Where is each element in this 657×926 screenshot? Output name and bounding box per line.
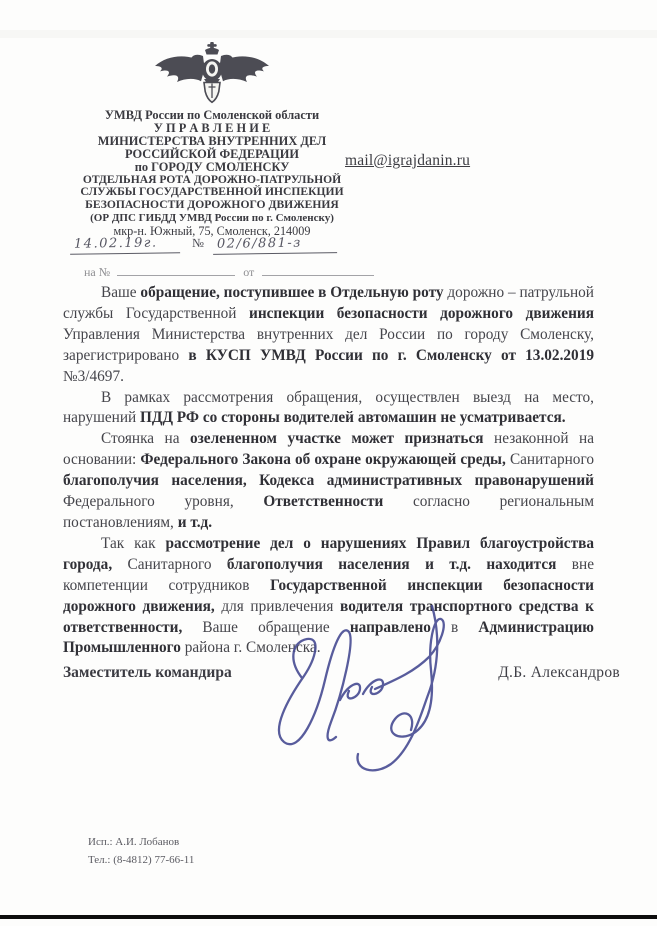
email-address: mail@igrajdanin.ru [345,152,470,170]
reply-date-blank [262,262,374,276]
handwritten-signature [262,598,474,774]
org-line-region: УМВД России по Смоленской области [60,109,364,122]
body-paragraph: В рамках рассмотрения обращения, осущест… [63,388,594,430]
signer-position: Заместитель командира [63,664,232,682]
reply-reference-row: на №от [84,262,374,280]
mvd-eagle-emblem [153,42,271,104]
scanned-letter-page: УМВД России по Смоленской области У П Р … [0,0,657,926]
body-paragraph: Ваше обращение, поступившее в Отдельную … [63,283,594,388]
phone-line: Тел.: (8-4812) 77-66-11 [88,851,194,869]
letterhead: УМВД России по Смоленской области У П Р … [60,42,364,238]
handwritten-number: 02/6/881-з [213,235,337,255]
org-line-upravlenie: У П Р А В Л Е Н И Е [60,122,364,135]
reply-from-label: от [243,265,254,279]
handwritten-date: 14.02.19г. [70,235,180,255]
scan-edge-artifact [0,915,657,919]
org-line-road-safety: БЕЗОПАСНОСТИ ДОРОЖНОГО ДВИЖЕНИЯ [60,199,364,212]
body-paragraph: Стоянка на озелененном участке может при… [63,429,594,534]
executor-block: Исп.: А.И. Лобанов Тел.: (8-4812) 77-66-… [88,833,194,869]
signer-name: Д.Б. Александров [498,664,620,682]
scan-shade-artifact [0,30,657,38]
org-line-ministry: МИНИСТЕРСТВА ВНУТРЕННИХ ДЕЛ [60,135,364,148]
reference-row: 14.02.19г.№02/6/881-з [70,234,337,254]
number-sign: № [192,236,204,250]
reply-number-blank [117,262,235,276]
org-line-federation: РОССИЙСКОЙ ФЕДЕРАЦИИ [60,148,364,161]
executor-line: Исп.: А.И. Лобанов [88,833,194,851]
org-line-city: по ГОРОДУ СМОЛЕНСКУ [60,161,364,174]
reply-prefix-label: на № [84,265,110,279]
